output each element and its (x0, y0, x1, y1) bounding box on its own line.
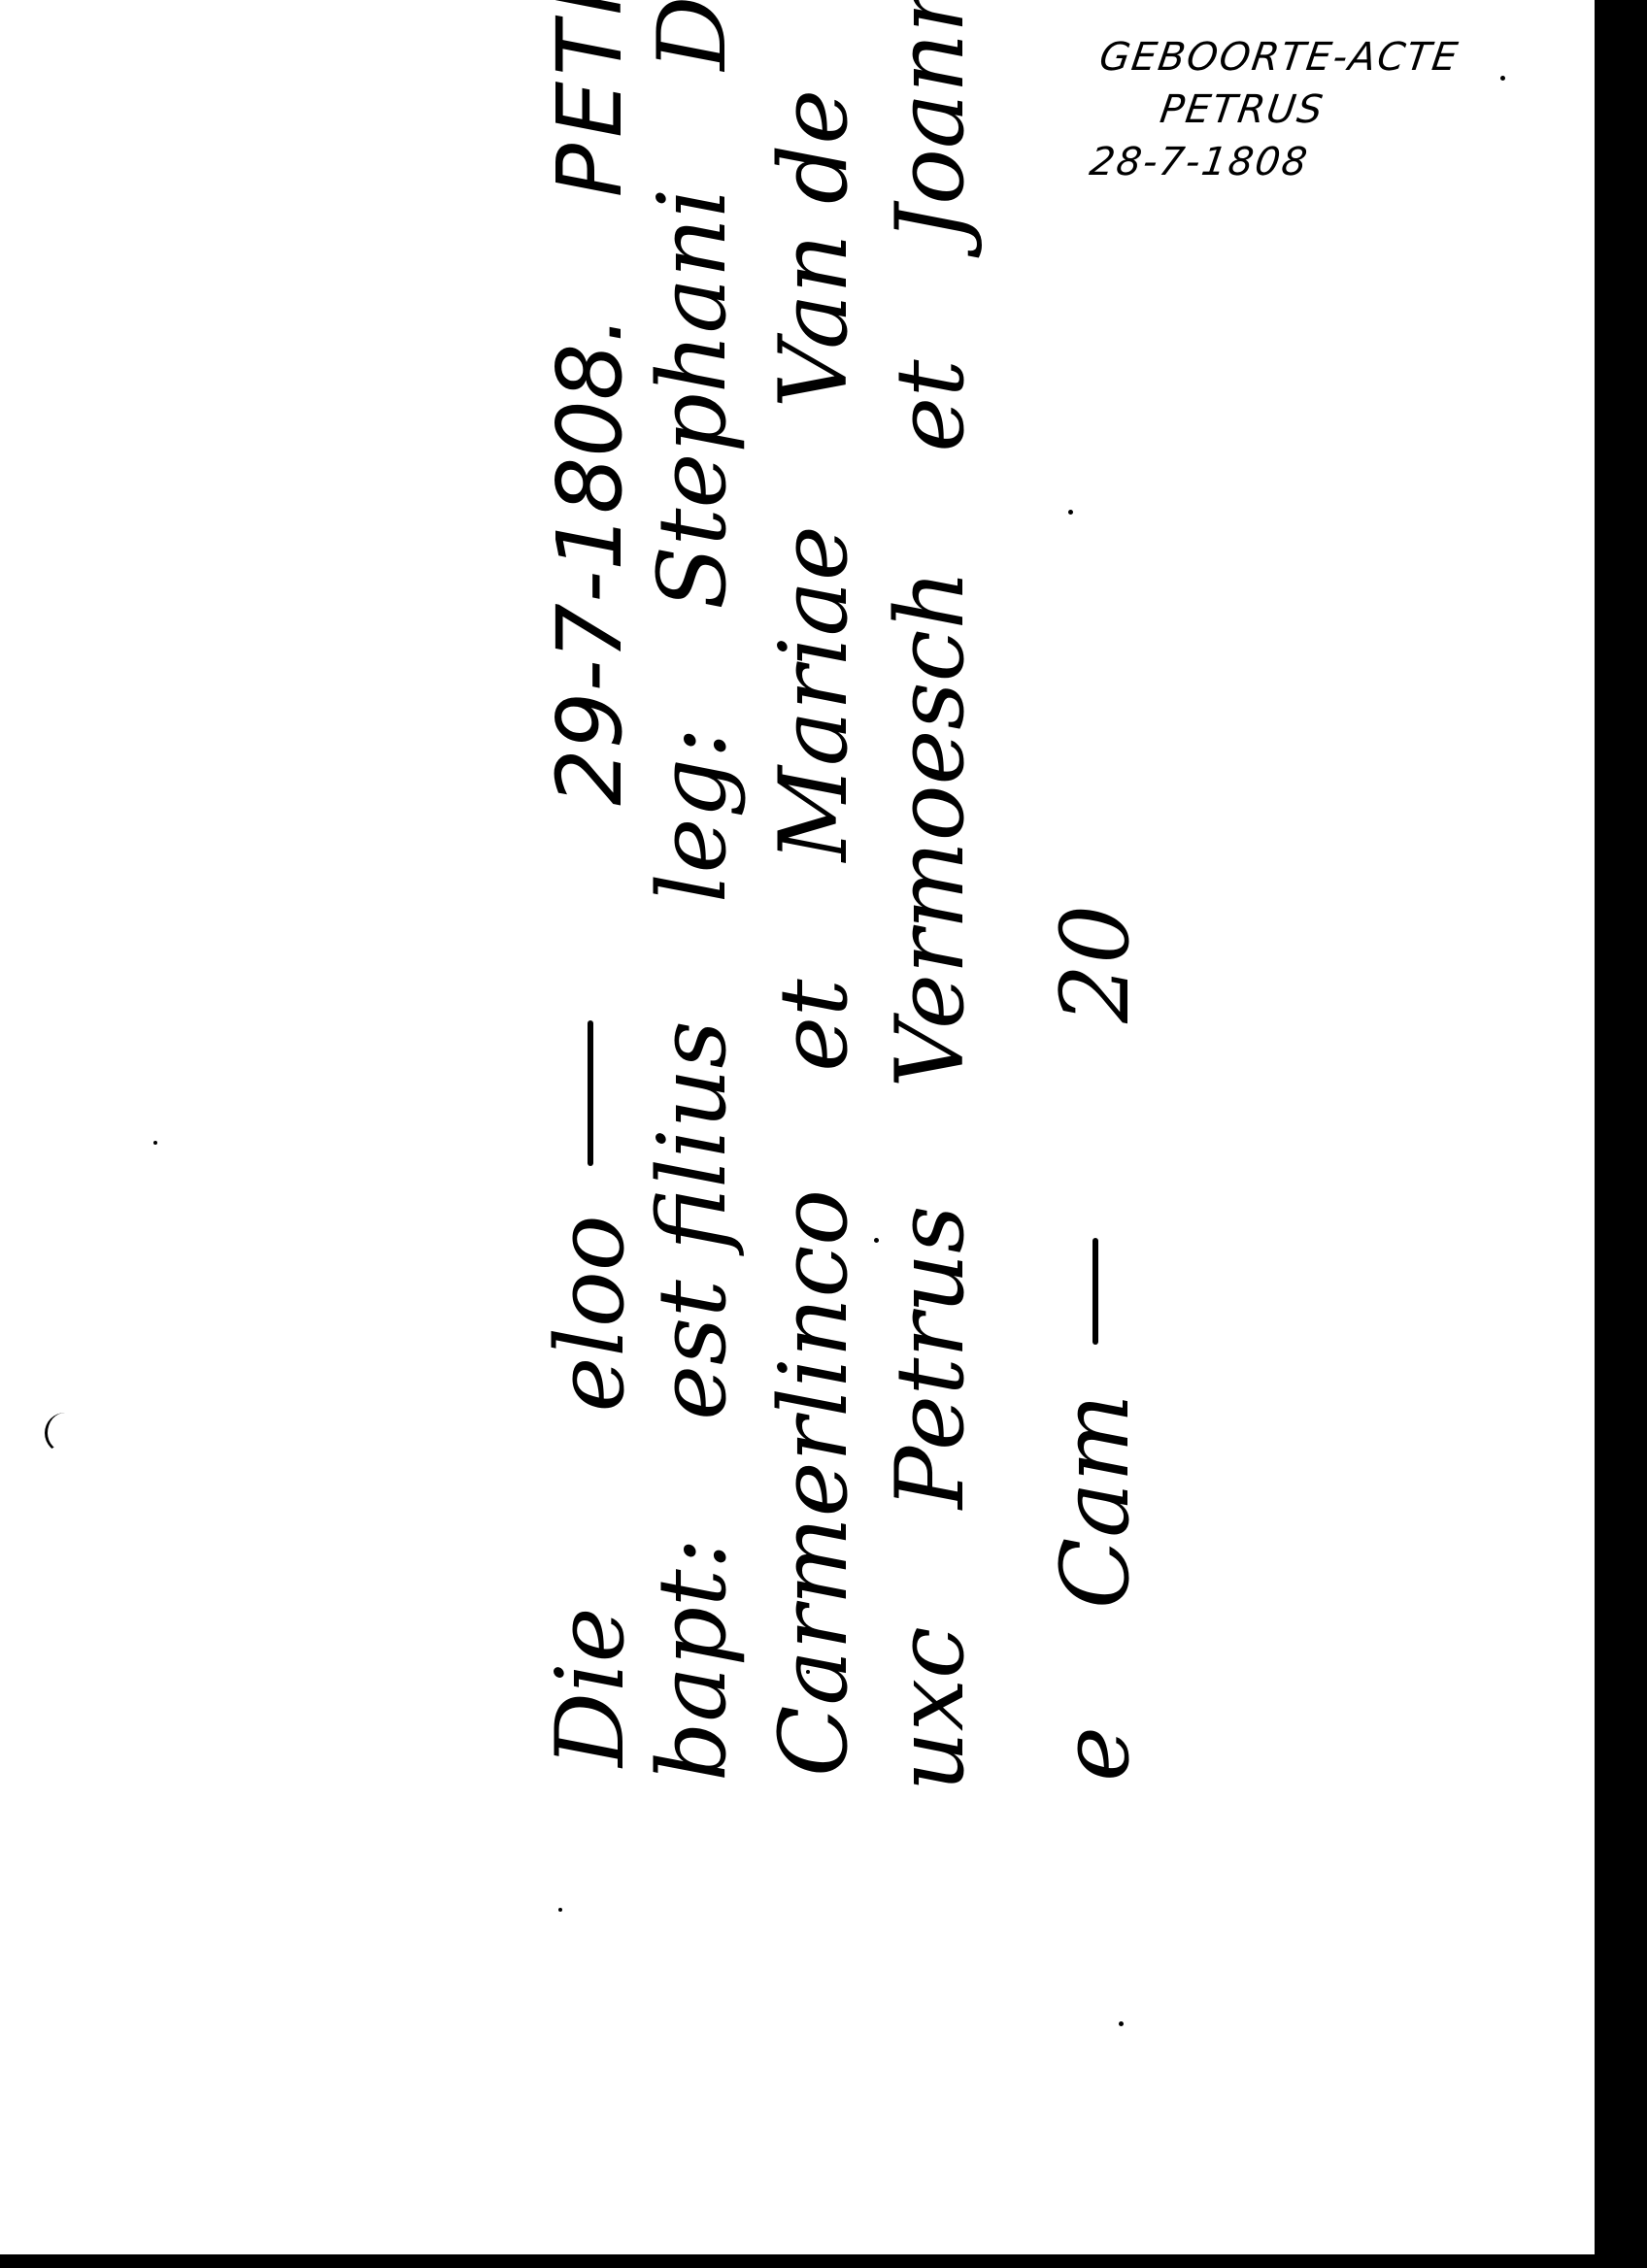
record-line-5: e Cam 20 (1029, 1044, 1146, 1782)
label-title: GEBOORTE-ACTE (1096, 31, 1512, 83)
flourish-dash (588, 1020, 593, 1166)
scan-speck (1500, 76, 1505, 81)
scan-speck (806, 1670, 810, 1674)
archive-label: GEBOORTE-ACTE PETRUS 28-7-1808 (1082, 31, 1512, 188)
father-first-name: Stephani (634, 188, 751, 610)
label-date: 28-7-1808 (1082, 136, 1497, 188)
godfather-surname: Vermoesch (872, 570, 989, 1088)
flourish-dash (1092, 1238, 1098, 1345)
mother-surname-prefix: Van de (756, 89, 872, 408)
record-line-2: bapt: est filius leg: Stephani De (626, 209, 743, 1782)
line2-text-b: leg: (634, 727, 751, 903)
line4-text-c: et (872, 359, 989, 451)
scan-speck (874, 1238, 879, 1243)
line5-prefix: e (1037, 1726, 1154, 1782)
father-surname-rest: Carmerlinco (756, 1189, 872, 1777)
line4-prefix: uxc (872, 1626, 989, 1791)
record-line-3: Carmerlinco et Mariae Van de Cuyper (748, 184, 864, 1777)
scan-speck (1068, 510, 1073, 515)
godmother-surname-rest: Cam (1037, 1393, 1154, 1609)
scan-border-bottom (0, 2254, 1647, 2268)
scan-border-right (1595, 0, 1647, 2268)
scan-mark (45, 1413, 77, 1453)
scanned-document-page: GEBOORTE-ACTE PETRUS 28-7-1808 Die eloo … (0, 0, 1595, 2254)
record-line-4: uxc Petrus Vermoesch et Joanna Van (864, 189, 981, 1791)
record-line-1: Die eloo 29-7-1808. PETRUS: (524, 369, 641, 1767)
line2-text-a: est filius (634, 1020, 751, 1420)
page-number: 20 (1037, 905, 1154, 1023)
line2-prefix: bapt: (634, 1538, 751, 1782)
mother-first-name: Mariae (756, 525, 872, 861)
scan-speck (558, 1908, 562, 1912)
label-name: PETRUS (1089, 83, 1504, 136)
line3-text-a: et (756, 979, 872, 1071)
scan-speck (1119, 2021, 1124, 2026)
scan-speck (153, 1141, 157, 1145)
father-surname-part: De (634, 0, 751, 71)
godfather-first-name: Petrus (872, 1206, 989, 1510)
godmother-first-name: Joanna (872, 0, 989, 242)
